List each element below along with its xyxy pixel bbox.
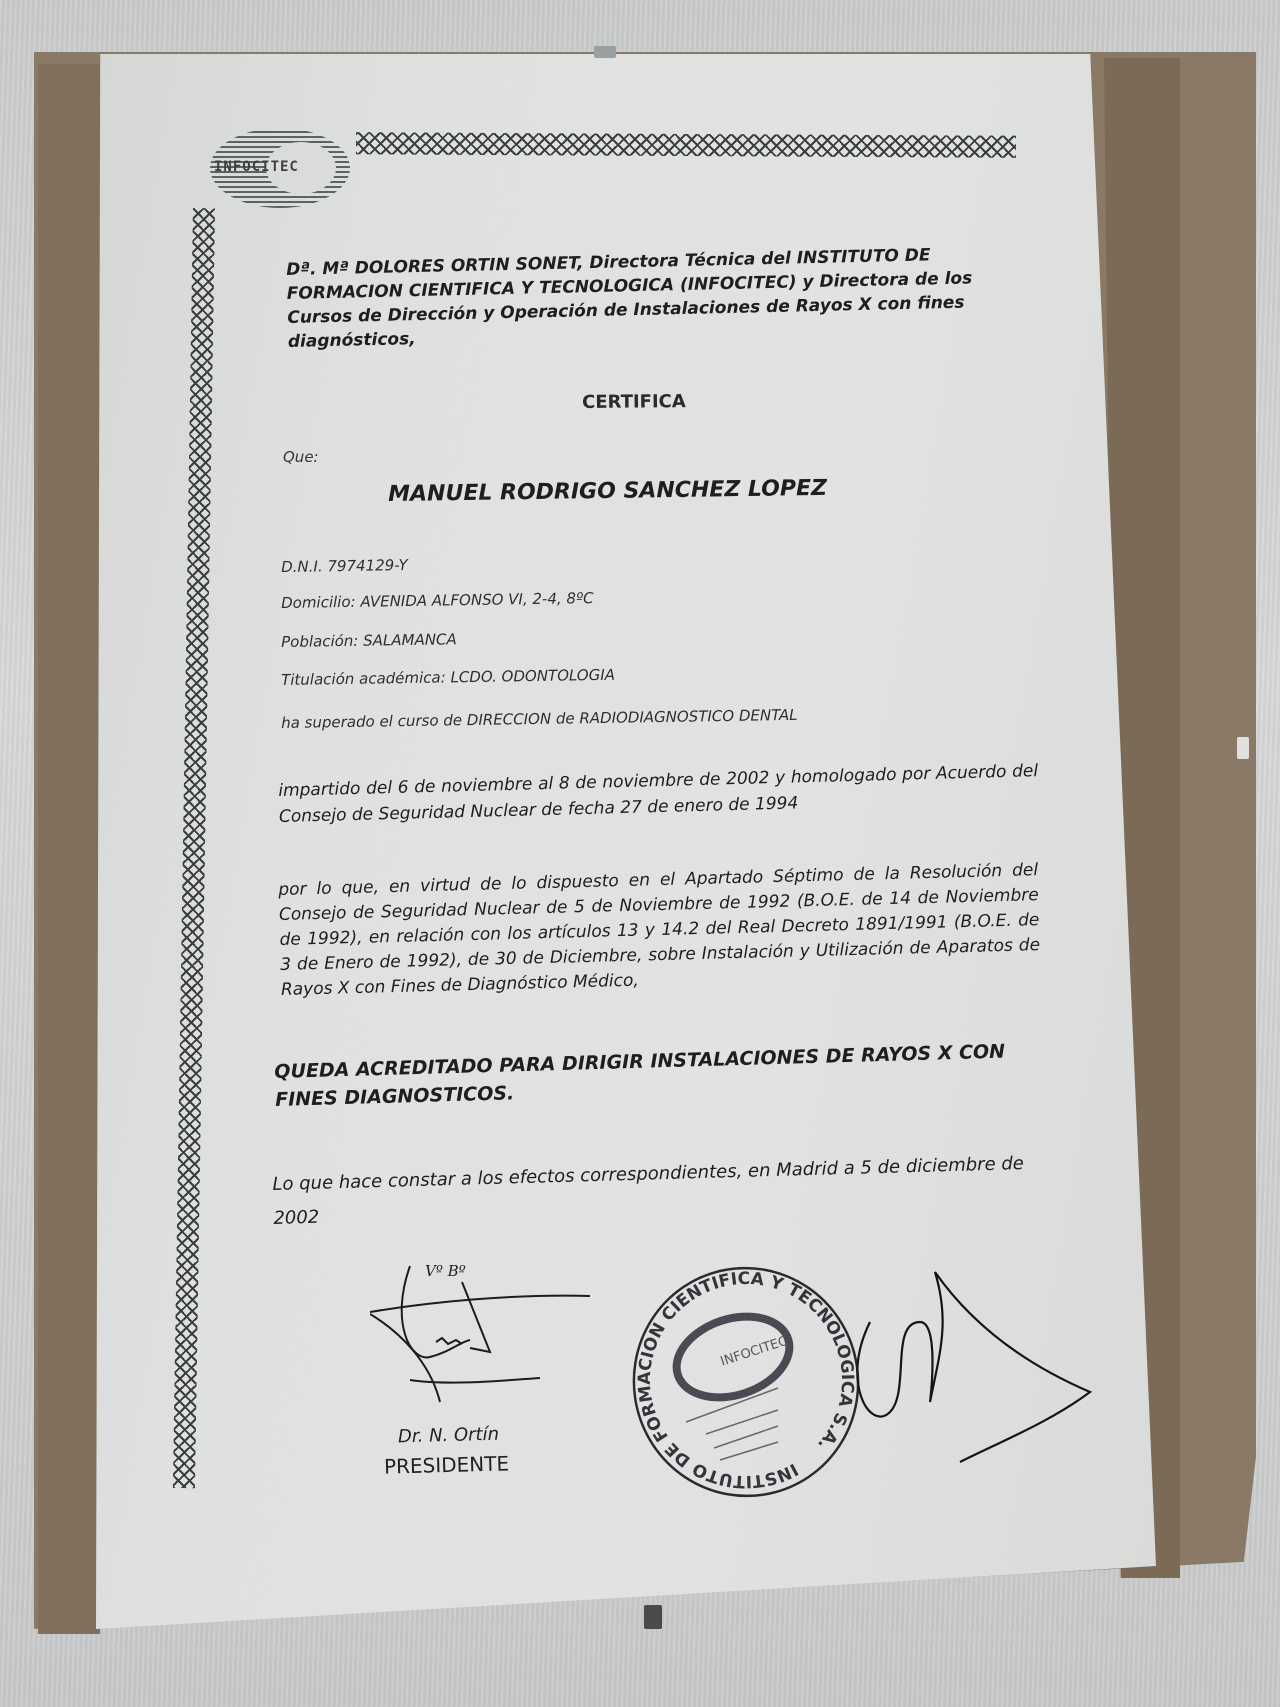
frame-clip-bottom — [644, 1605, 662, 1629]
director-signature — [850, 1262, 1100, 1492]
vobo-label: Vº Bº — [425, 1262, 466, 1280]
paragraph-por-lo-que: por lo que, en virtud de lo dispuesto en… — [278, 858, 1041, 1003]
stamp-center-text: INFOCITEC — [719, 1334, 790, 1370]
logo-text: INFOCITEC — [214, 159, 299, 175]
que-label: Que: — [283, 448, 319, 466]
infocitec-logo: INFOCITEC — [210, 128, 350, 208]
president-signature — [370, 1262, 590, 1412]
field-poblacion: Población: SALAMANCA — [281, 630, 457, 651]
svg-text:INSTITUTO DE FORMACION CIENTIF: INSTITUTO DE FORMACION CIENTIFICA Y TECN… — [628, 1262, 864, 1502]
field-dni: D.N.I. 7974129-Y — [281, 556, 408, 576]
institute-stamp: INSTITUTO DE FORMACION CIENTIFICA Y TECN… — [628, 1262, 864, 1502]
intro-paragraph: Dª. Mª DOLORES ORTIN SONET, Directora Té… — [286, 242, 1008, 354]
certificate-heading: CERTIFICA — [582, 391, 686, 413]
stamp-ring-text: INSTITUTO DE FORMACION CIENTIFICA Y TECN… — [628, 1262, 864, 1502]
frame-clip-right — [1237, 737, 1249, 759]
frame-backing-left — [38, 64, 100, 1634]
president-title: PRESIDENTE — [384, 1451, 510, 1478]
frame-clip-top — [594, 46, 616, 58]
celtic-border-top — [356, 132, 1016, 157]
president-name: Dr. N. Ortín — [398, 1424, 500, 1448]
